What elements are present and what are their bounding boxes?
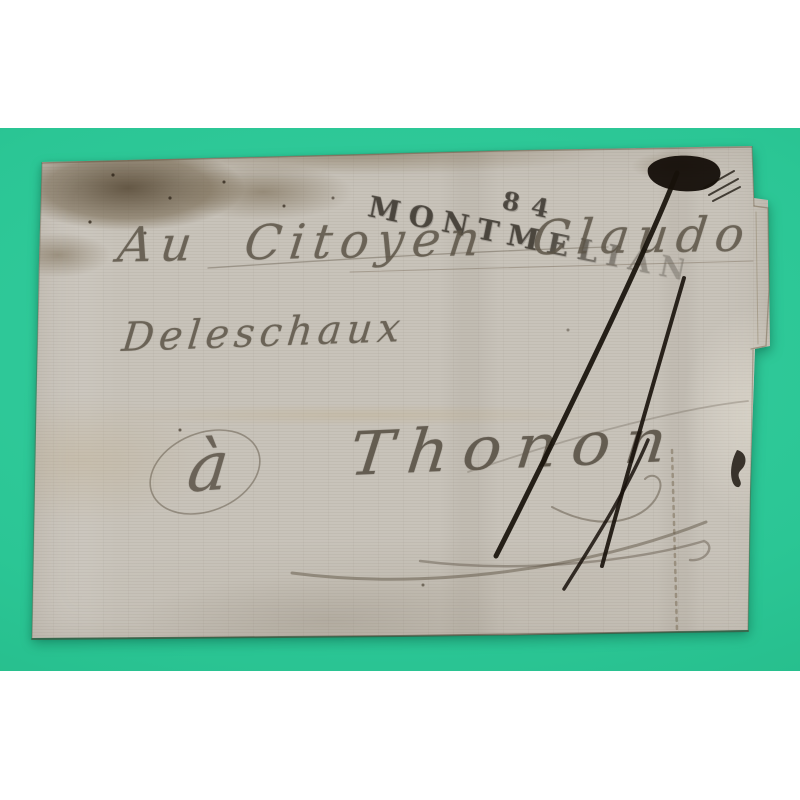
address-destination-prefix: à — [184, 426, 233, 509]
letter-shadow: 84 MONTMELIAN Au Citoyen Claudo Delescha… — [0, 0, 800, 800]
photo-frame: 84 MONTMELIAN Au Citoyen Claudo Delescha… — [0, 0, 800, 800]
address-line-recipient: Au Citoyen Claudo — [115, 206, 756, 273]
address-line-surname: Deleschaux — [120, 305, 408, 361]
address-destination-town: Thonon — [346, 405, 684, 490]
letter-cover: 84 MONTMELIAN Au Citoyen Claudo Delescha… — [28, 140, 776, 646]
